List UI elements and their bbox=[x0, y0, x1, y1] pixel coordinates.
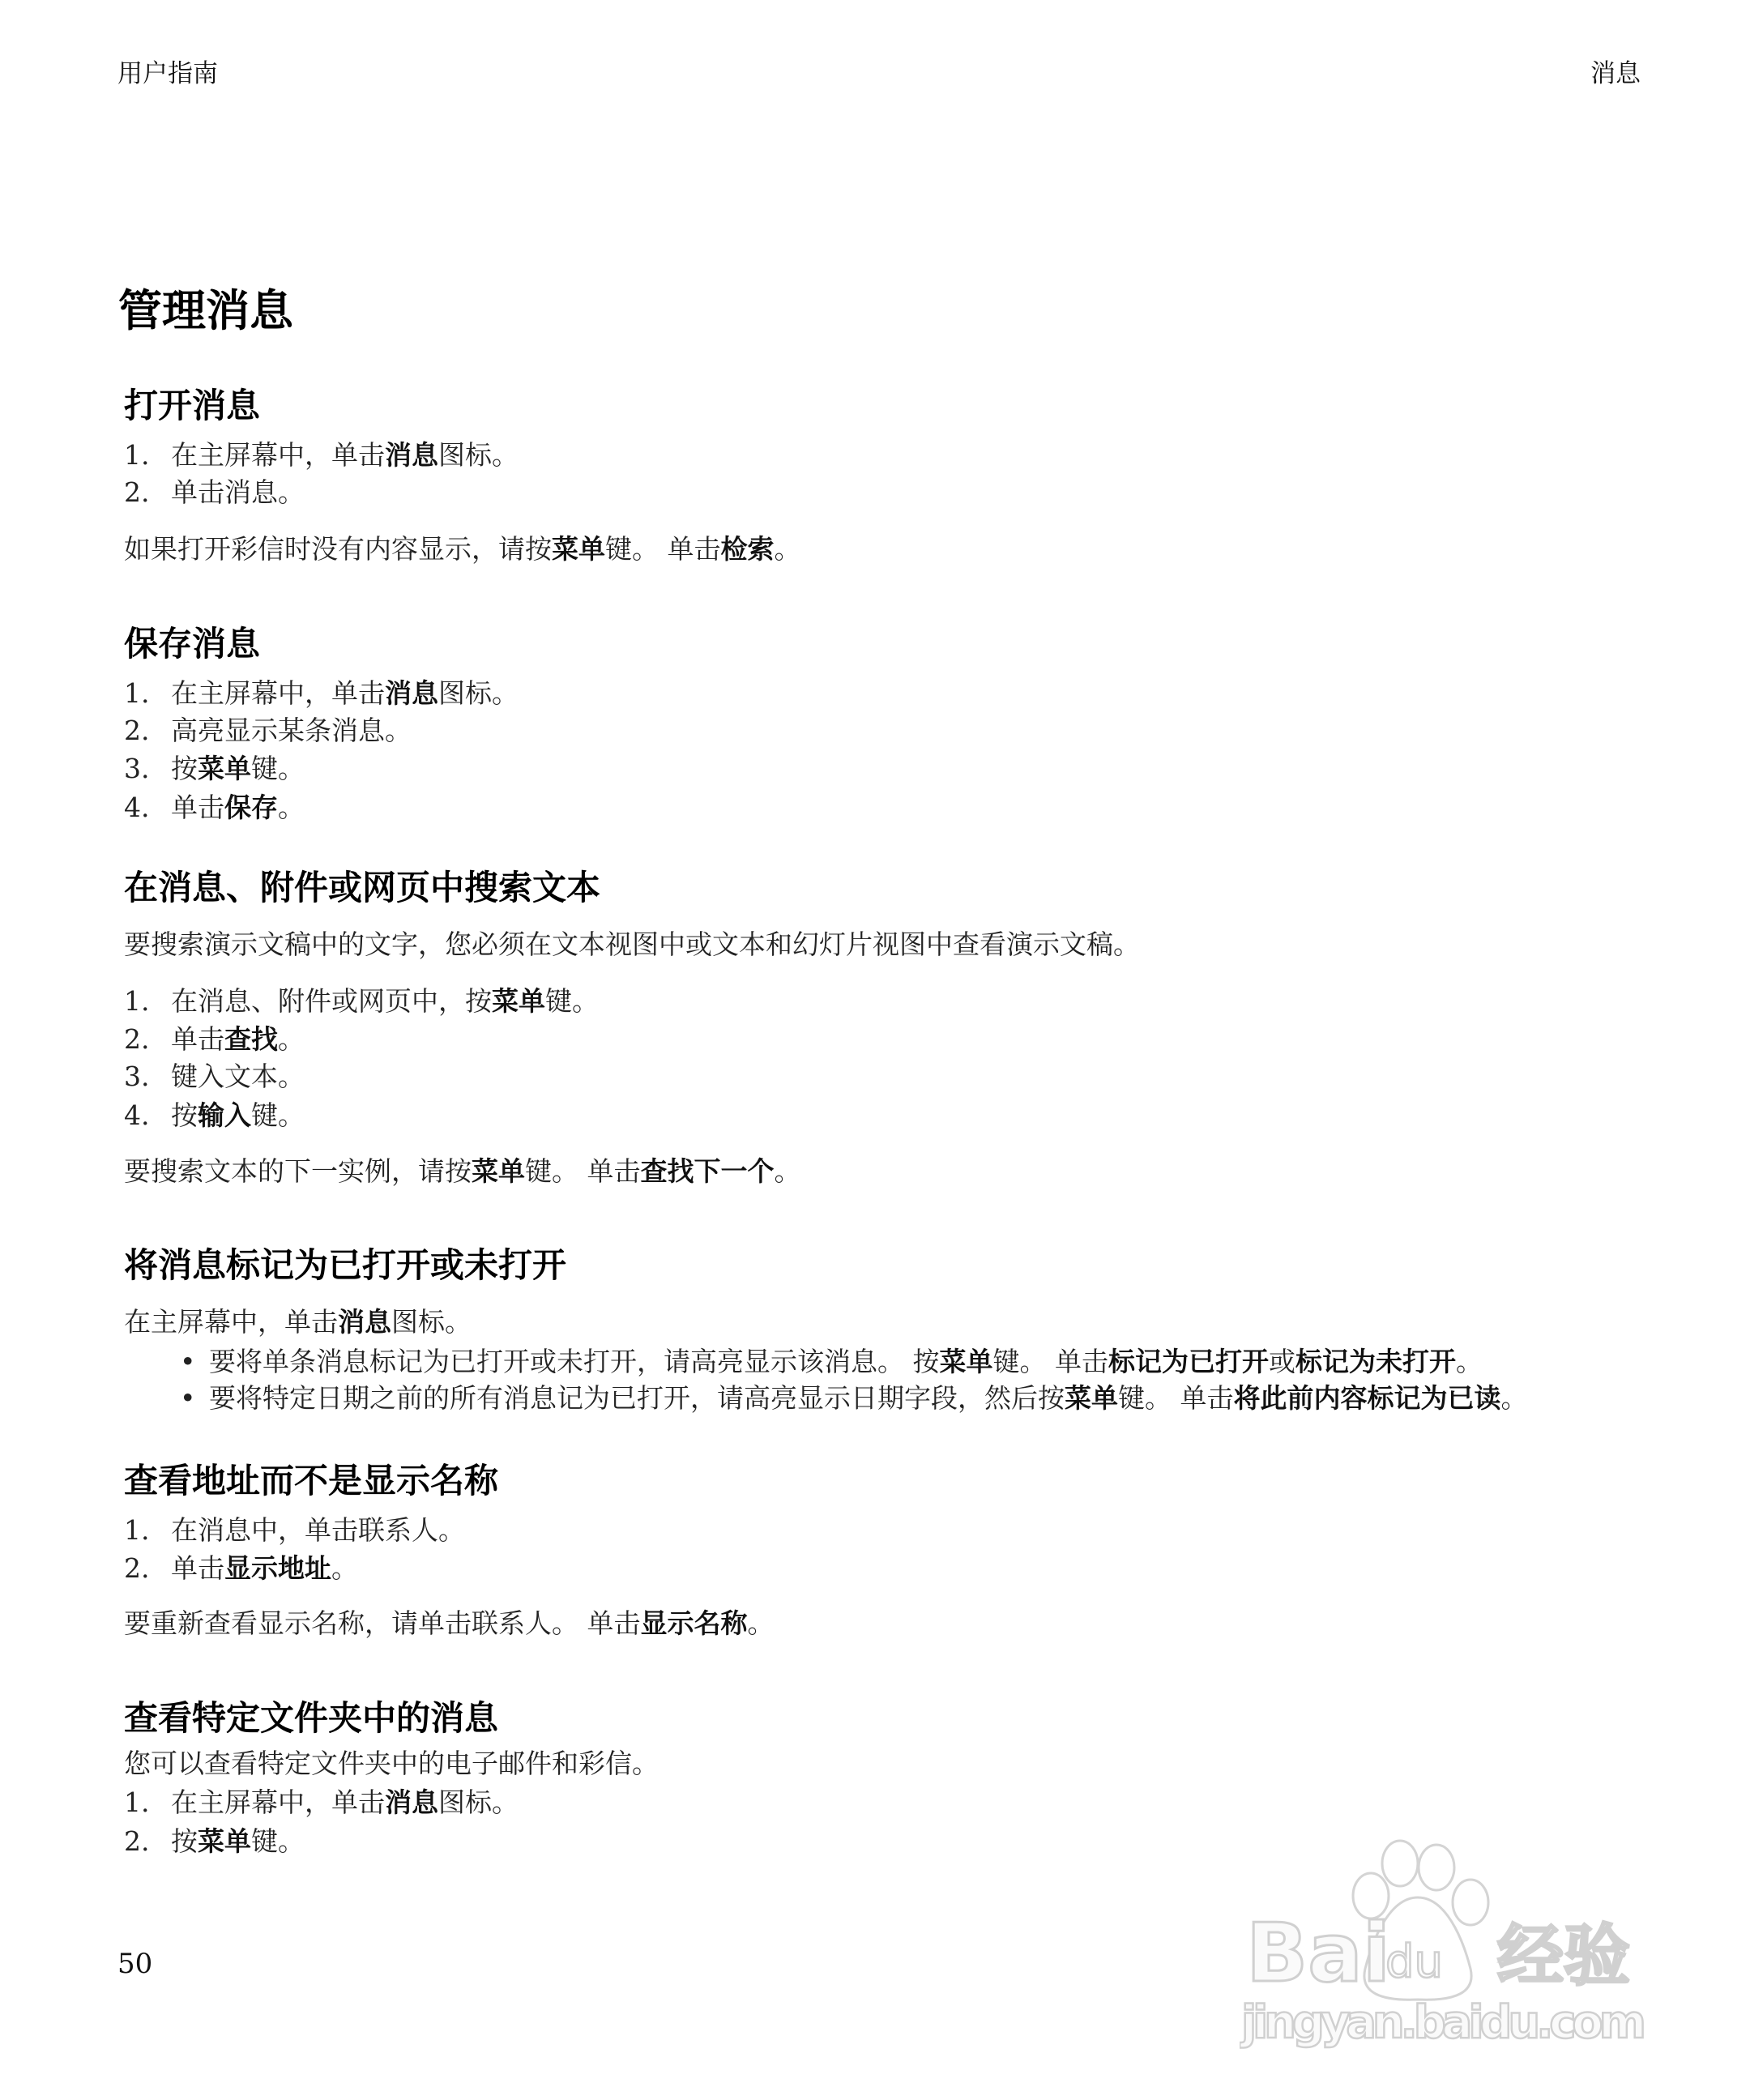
ui-term: 显示地址 bbox=[224, 1552, 331, 1584]
text-run: 。 bbox=[331, 1552, 358, 1584]
step-item: 1.在消息、附件或网页中，按菜单键。 bbox=[124, 985, 599, 1018]
bullet-item: •要将单条消息标记为已打开或未打开，请高亮显示该消息。 按菜单键。 单击标记为已… bbox=[180, 1346, 1483, 1378]
text-run: 在消息、附件或网页中，按 bbox=[171, 985, 492, 1017]
header-doc-title: 用户指南 bbox=[117, 60, 218, 87]
text-run: 单击 bbox=[171, 792, 224, 823]
step-item: 1.在消息中，单击联系人。 bbox=[124, 1514, 465, 1547]
text-run: 。 bbox=[1501, 1382, 1528, 1414]
text-run: 按 bbox=[171, 753, 198, 784]
text-run: 。 bbox=[278, 792, 305, 823]
section-heading: 在消息、附件或网页中搜索文本 bbox=[124, 869, 600, 907]
step-number: 2. bbox=[124, 1825, 171, 1858]
section-heading: 将消息标记为已打开或未打开 bbox=[124, 1247, 566, 1284]
ui-term: 消息 bbox=[338, 1306, 391, 1338]
text-run: 键。 单击 bbox=[605, 533, 721, 565]
step-number: 4. bbox=[124, 792, 171, 824]
bullet-item: •要将特定日期之前的所有消息记为已打开，请高亮显示日期字段，然后按菜单键。 单击… bbox=[180, 1382, 1528, 1415]
text-run: 要将特定日期之前的所有消息记为已打开，请高亮显示日期字段，然后按 bbox=[209, 1382, 1065, 1414]
section-heading: 查看地址而不是显示名称 bbox=[124, 1462, 498, 1500]
step-item: 1.在主屏幕中，单击消息图标。 bbox=[124, 439, 519, 472]
step-number: 2. bbox=[124, 1552, 171, 1585]
step-number: 3. bbox=[124, 1061, 171, 1093]
text-run: 单击消息。 bbox=[171, 476, 305, 508]
ui-term: 消息 bbox=[385, 1786, 438, 1818]
ui-term: 输入 bbox=[198, 1099, 251, 1131]
step-number: 1. bbox=[124, 1514, 171, 1547]
section-intro: 要搜索演示文稿中的文字，您必须在文本视图中或文本和幻灯片视图中查看演示文稿。 bbox=[124, 928, 1140, 961]
ui-term: 消息 bbox=[385, 677, 438, 709]
step-number: 2. bbox=[124, 1023, 171, 1056]
text-run: 在主屏幕中，单击 bbox=[171, 677, 385, 709]
ui-term: 将此前内容标记为已读 bbox=[1234, 1382, 1501, 1414]
section-heading: 查看特定文件夹中的消息 bbox=[124, 1700, 498, 1737]
step-item: 2.按菜单键。 bbox=[124, 1825, 305, 1858]
text-run: 按 bbox=[171, 1099, 198, 1131]
svg-text:经验: 经验 bbox=[1497, 1918, 1630, 1995]
ui-term: 消息 bbox=[385, 439, 438, 471]
ui-term: 查找下一个 bbox=[641, 1155, 775, 1187]
text-run: 或 bbox=[1269, 1346, 1295, 1377]
step-number: 2. bbox=[124, 476, 171, 509]
text-run: 图标。 bbox=[438, 677, 519, 709]
step-item: 3.按菜单键。 bbox=[124, 753, 305, 785]
paw-toe-icon bbox=[1382, 1841, 1418, 1886]
text-run: 键。 单击 bbox=[525, 1155, 641, 1187]
text-run: 按 bbox=[171, 1825, 198, 1857]
ui-term: 查找 bbox=[224, 1023, 278, 1055]
page-number: 50 bbox=[117, 1949, 152, 1978]
ui-term: 保存 bbox=[224, 792, 278, 823]
section-heading: 打开消息 bbox=[124, 387, 260, 425]
ui-term: 菜单 bbox=[198, 1825, 251, 1857]
step-item: 4.单击保存。 bbox=[124, 792, 305, 824]
step-item: 3.键入文本。 bbox=[124, 1061, 305, 1093]
text-run: 在主屏幕中，单击 bbox=[124, 1306, 338, 1338]
step-item: 4.按输入键。 bbox=[124, 1099, 305, 1132]
bullet-icon: • bbox=[180, 1346, 209, 1378]
text-run: 单击 bbox=[171, 1023, 224, 1055]
text-run: 键。 bbox=[251, 1099, 305, 1131]
text-run: 键。 bbox=[251, 753, 305, 784]
step-item: 1.在主屏幕中，单击消息图标。 bbox=[124, 677, 519, 710]
text-run: 高亮显示某条消息。 bbox=[171, 715, 412, 746]
step-number: 4. bbox=[124, 1099, 171, 1132]
ui-term: 菜单 bbox=[198, 753, 251, 784]
text-run: 在消息中，单击联系人。 bbox=[171, 1514, 465, 1546]
step-number: 3. bbox=[124, 753, 171, 785]
step-item: 2.单击消息。 bbox=[124, 476, 305, 509]
text-run: 。 bbox=[775, 533, 801, 565]
step-item: 2.单击显示地址。 bbox=[124, 1552, 358, 1585]
step-item: 2.单击查找。 bbox=[124, 1023, 305, 1056]
ui-term: 标记为已打开 bbox=[1108, 1346, 1269, 1377]
text-run: 键。 单击 bbox=[993, 1346, 1109, 1377]
text-run: 如果打开彩信时没有内容显示，请按 bbox=[124, 533, 552, 565]
ui-term: 菜单 bbox=[472, 1155, 525, 1187]
text-run: 单击 bbox=[171, 1552, 224, 1584]
text-run: 键。 bbox=[251, 1825, 305, 1857]
text-run: 在主屏幕中，单击 bbox=[171, 439, 385, 471]
text-run: 键。 bbox=[545, 985, 599, 1017]
section-heading: 保存消息 bbox=[124, 625, 260, 663]
section-note: 要搜索文本的下一实例，请按菜单键。 单击查找下一个。 bbox=[124, 1155, 801, 1188]
header-chapter: 消息 bbox=[1590, 60, 1641, 87]
ui-term: 检索 bbox=[721, 533, 775, 565]
bullet-icon: • bbox=[180, 1382, 209, 1415]
svg-text:du: du bbox=[1385, 1936, 1443, 1988]
text-run: 。 bbox=[1456, 1346, 1483, 1377]
text-run: 在主屏幕中，单击 bbox=[171, 1786, 385, 1818]
text-run: 。 bbox=[775, 1155, 801, 1187]
baidu-jingyan-watermark: Bai du 经验 jingyan.baidu.com bbox=[1240, 1839, 1653, 2050]
text-run: 要搜索演示文稿中的文字，您必须在文本视图中或文本和幻灯片视图中查看演示文稿。 bbox=[124, 928, 1140, 960]
text-run: 图标。 bbox=[391, 1306, 472, 1338]
text-run: 要重新查看显示名称，请单击联系人。 单击 bbox=[124, 1607, 641, 1639]
text-run: 图标。 bbox=[438, 1786, 519, 1818]
step-item: 1.在主屏幕中，单击消息图标。 bbox=[124, 1786, 519, 1819]
ui-term: 菜单 bbox=[1065, 1382, 1118, 1414]
text-run: 。 bbox=[278, 1023, 305, 1055]
page-title: 管理消息 bbox=[118, 287, 293, 335]
step-number: 1. bbox=[124, 1786, 171, 1819]
ui-term: 标记为未打开 bbox=[1295, 1346, 1456, 1377]
section-note: 要重新查看显示名称，请单击联系人。 单击显示名称。 bbox=[124, 1607, 775, 1640]
ui-term: 显示名称 bbox=[641, 1607, 748, 1639]
text-run: 您可以查看特定文件夹中的电子邮件和彩信。 bbox=[124, 1748, 659, 1779]
step-number: 1. bbox=[124, 439, 171, 472]
section-note: 如果打开彩信时没有内容显示，请按菜单键。 单击检索。 bbox=[124, 533, 801, 566]
section-intro: 您可以查看特定文件夹中的电子邮件和彩信。 bbox=[124, 1748, 659, 1780]
text-run: 。 bbox=[748, 1607, 775, 1639]
text-run: 图标。 bbox=[438, 439, 519, 471]
svg-text:Bai: Bai bbox=[1246, 1906, 1390, 2000]
step-item: 2.高亮显示某条消息。 bbox=[124, 715, 412, 747]
text-run: 键。 单击 bbox=[1118, 1382, 1234, 1414]
ui-term: 菜单 bbox=[492, 985, 545, 1017]
text-run: 要搜索文本的下一实例，请按 bbox=[124, 1155, 472, 1187]
ui-term: 菜单 bbox=[552, 533, 605, 565]
text-run: 键入文本。 bbox=[171, 1061, 305, 1092]
text-run: 要将单条消息标记为已打开或未打开，请高亮显示该消息。 按 bbox=[209, 1346, 940, 1377]
step-number: 2. bbox=[124, 715, 171, 747]
ui-term: 菜单 bbox=[940, 1346, 993, 1377]
section-intro: 在主屏幕中，单击消息图标。 bbox=[124, 1306, 472, 1338]
step-number: 1. bbox=[124, 985, 171, 1018]
step-number: 1. bbox=[124, 677, 171, 710]
svg-text:jingyan.baidu.com: jingyan.baidu.com bbox=[1240, 1996, 1646, 2049]
